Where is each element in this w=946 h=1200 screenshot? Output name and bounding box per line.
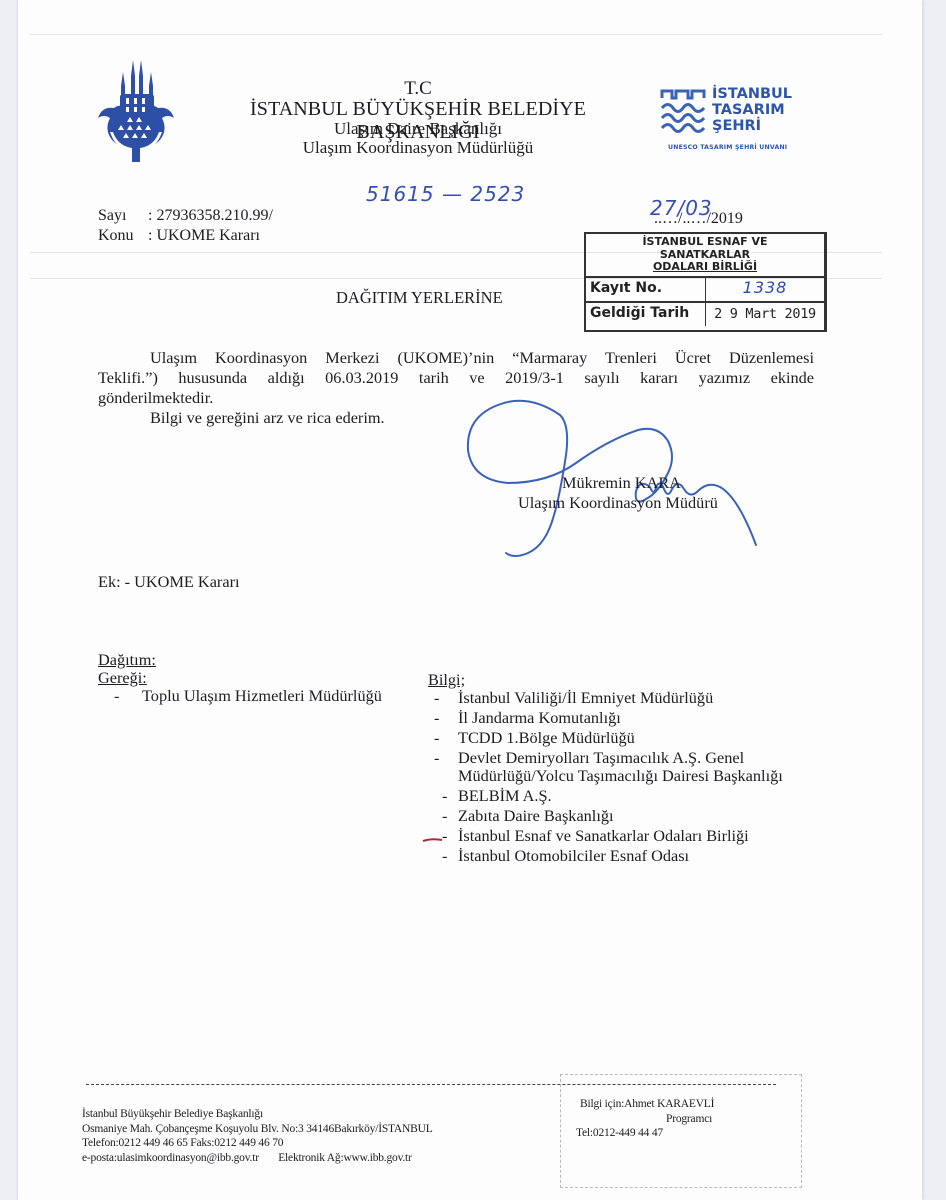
sayi-value: : 27936358.210.99/ — [148, 207, 273, 225]
body-line-1: Ulaşım Koordinasyon Merkezi (UKOME)’nin … — [150, 348, 814, 368]
info-item-text: İstanbul Esnaf ve Sanatkarlar Odaları Bi… — [458, 826, 749, 846]
contact-role: Programcı — [580, 1112, 714, 1127]
document-date: ..…/..…/2019 — [654, 210, 743, 228]
list-dash: - — [442, 806, 458, 826]
tasarim-logo-line1: İSTANBUL — [712, 86, 792, 102]
info-item-text: İstanbul Otomobilciler Esnaf Odası — [458, 846, 689, 866]
attachment-line: Ek: - UKOME Kararı — [98, 572, 240, 592]
footer-email-link[interactable]: e-posta:ulasimkoordinasyon@ibb.gov.tr — [82, 1152, 259, 1164]
footer-web-link[interactable]: Elektronik Ağ:www.ibb.gov.tr — [278, 1152, 411, 1164]
header-tc: T.C — [198, 78, 638, 100]
handwritten-reference-number: 51615 — 2523 — [366, 182, 525, 206]
contact-phone: Tel:0212-449 44 47 — [576, 1126, 714, 1141]
document-page: T.C İSTANBUL BÜYÜKŞEHİR BELEDİYE BAŞKANL… — [18, 0, 922, 1200]
tarih-label: Geldiği Tarih — [590, 305, 689, 321]
footer-address-block: İstanbul Büyükşehir Belediye Başkanlığı … — [82, 1107, 433, 1165]
waves-icon — [660, 88, 706, 134]
footer-phone: Telefon:0212 449 46 65 Faks:0212 449 46 … — [82, 1136, 433, 1151]
list-dash: - — [434, 688, 450, 708]
ibb-mosque-emblem-icon — [96, 58, 176, 164]
red-pen-mark-icon — [422, 836, 444, 844]
stamp-row-tarih: Geldiği Tarih 2 9 Mart 2019 — [586, 301, 824, 326]
info-item-text: Zabıta Daire Başkanlığı — [458, 806, 614, 826]
signatory-title: Ulaşım Koordinasyon Müdürü — [518, 493, 718, 513]
stamp-title-line3: ODALARI BİRLİĞİ — [586, 261, 824, 274]
body-line-2: Teklifi.”) hususunda aldığı 06.03.2019 t… — [98, 368, 814, 388]
header-directorate: Ulaşım Koordinasyon Müdürlüğü — [198, 138, 638, 158]
closing-line: Bilgi ve gereğini arz ve rica ederim. — [150, 408, 385, 428]
konu-value: : UKOME Kararı — [148, 227, 260, 245]
list-dash: - — [442, 846, 458, 866]
action-item-text: Toplu Ulaşım Hizmetleri Müdürlüğü — [142, 686, 382, 706]
list-dash: - — [442, 826, 458, 846]
info-item-text: BELBİM A.Ş. — [458, 786, 552, 806]
kayit-label: Kayıt No. — [590, 280, 662, 296]
addressee-heading: DAĞITIM YERLERİNE — [336, 288, 503, 308]
list-dash: - — [434, 748, 450, 768]
registry-stamp: İSTANBUL ESNAF VE SANATKARLAR ODALARI Bİ… — [584, 232, 827, 332]
tasarim-logo-line2: TASARIM — [712, 102, 785, 118]
stamp-title-line1: İSTANBUL ESNAF VE — [586, 236, 824, 249]
contact-person: Bilgi için:Ahmet KARAEVLİ — [580, 1097, 714, 1112]
bleed-through-line — [30, 34, 882, 35]
signatory-name: Mükremin KARA — [562, 473, 681, 493]
stamp-row-kayit: Kayıt No. 1338 — [586, 276, 824, 301]
stamp-title: İSTANBUL ESNAF VE SANATKARLAR ODALARI Bİ… — [586, 236, 824, 274]
footer-contact-block: Bilgi için:Ahmet KARAEVLİ Programcı Tel:… — [580, 1097, 714, 1141]
konu-label: Konu — [98, 227, 134, 245]
tasarim-logo-line3: ŞEHRİ — [712, 118, 761, 134]
footer-contact-line: e-posta:ulasimkoordinasyon@ibb.gov.tr El… — [82, 1151, 433, 1166]
tarih-value: 2 9 Mart 2019 — [705, 303, 824, 326]
info-item-text: İstanbul Valiliği/İl Emniyet Müdürlüğü — [458, 688, 713, 708]
info-item-text: Devlet Demiryolları Taşımacılık A.Ş. Gen… — [458, 748, 744, 768]
info-item-text: TCDD 1.Bölge Müdürlüğü — [458, 728, 635, 748]
distribution-heading: Dağıtım: — [98, 650, 156, 670]
kayit-value: 1338 — [705, 278, 824, 301]
header-department: Ulaşım Daire Başkanlığı — [198, 119, 638, 139]
list-dash: - — [114, 686, 130, 706]
footer-address: Osmaniye Mah. Çobançeşme Koşuyolu Blv. N… — [82, 1122, 433, 1137]
footer-org: İstanbul Büyükşehir Belediye Başkanlığı — [82, 1107, 433, 1122]
list-dash: - — [434, 728, 450, 748]
info-item-text: İl Jandarma Komutanlığı — [458, 708, 621, 728]
info-heading: Bilgi; — [428, 670, 465, 690]
info-item-text: Müdürlüğü/Yolcu Taşımacılığı Dairesi Baş… — [458, 766, 783, 786]
action-heading: Gereği: — [98, 668, 147, 688]
sayi-label: Sayı — [98, 207, 126, 225]
tasarim-logo-subtitle: UNESCO TASARIM ŞEHRİ UNVANI — [668, 144, 787, 151]
list-dash: - — [442, 786, 458, 806]
body-line-3: gönderilmektedir. — [98, 388, 213, 408]
list-dash: - — [434, 708, 450, 728]
istanbul-design-city-logo: İSTANBUL TASARIM ŞEHRİ UNESCO TASARIM ŞE… — [660, 86, 810, 156]
